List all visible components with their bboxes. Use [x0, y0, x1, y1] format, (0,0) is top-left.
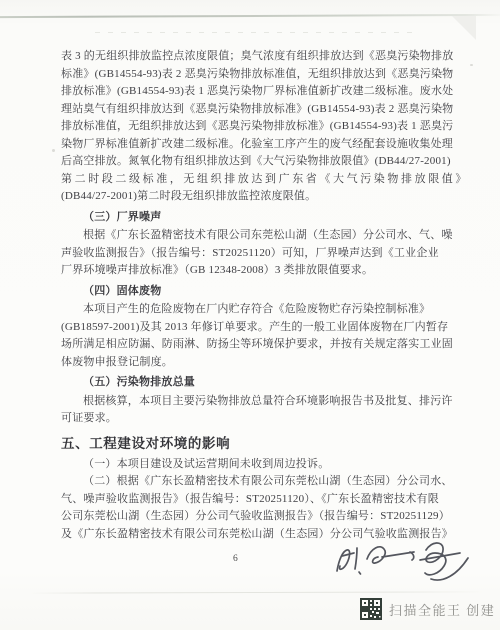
scan-speck: [470, 64, 473, 66]
paragraph: 根据核算，本项目主要污染物排放总量符合环境影响报告书及批复、排污许可证要求。: [61, 393, 453, 428]
handwritten-signature: [330, 536, 472, 590]
text-line: 体废物申报登记制度。: [61, 354, 453, 372]
text-line: 根据核算，本项目主要污染物排放总量符合环境影响报告书及批复、排污许: [61, 393, 453, 411]
scan-speck: [52, 149, 55, 152]
text-line: 声验收监测报告》（报告编号：ST20251120）可知，厂界噪声达到《工业企业: [61, 245, 453, 263]
scan-dotted-artifact: [95, 32, 415, 33]
text-line: 排放标准》(GB14554-93)表 1 恶臭污染物厂界标准值新扩改建二级标准。…: [61, 83, 453, 101]
text-line: 根据《广东长盈精密技术有限公司东莞松山湖（生态园）分公司水、气、噪: [61, 227, 453, 245]
sub-section-heading: （五）污染物排放总量: [61, 374, 453, 392]
paragraph: 本项目产生的危险废物在厂内贮存符合《危险废物贮存污染控制标准》(GB18597-…: [61, 301, 453, 371]
page-number: 6: [233, 554, 238, 564]
page-corner-fold: [452, 16, 476, 40]
text-line: （二）根据《广东长盈精密技术有限公司东莞松山湖（生态园）分公司水、: [61, 473, 453, 491]
paragraph: （二）根据《广东长盈精密技术有限公司东莞松山湖（生态园）分公司水、气、噪声验收监…: [61, 473, 453, 543]
text-line: 排放标准值，无组织排放达到《恶臭污染物排放标准》(GB14554-93)表 1 …: [61, 118, 453, 136]
scan-top-edge-line: [0, 14, 500, 18]
sub-section-heading: （三）厂界噪声: [61, 209, 453, 227]
paragraph: 表 3 的无组织排放监控点浓度限值；臭气浓度有组织排放达到《恶臭污染物排放标准》…: [61, 48, 453, 206]
document-text: 表 3 的无组织排放监控点浓度限值；臭气浓度有组织排放达到《恶臭污染物排放标准》…: [61, 48, 453, 543]
text-line: (GB18597-2001)及其 2013 年修订单要求。产生的一般工业固体废物…: [61, 319, 453, 337]
text-line: 公司东莞松山湖（生态园）分公司气验收监测报告》（报告编号：ST20251129）: [61, 508, 453, 526]
scanner-watermark: 扫描全能王 创建: [360, 598, 495, 620]
scan-bottom-edge-line: [28, 591, 488, 593]
text-line: 厂界环境噪声排放标准》（GB 12348-2008）3 类排放限值要求。: [61, 262, 453, 280]
text-line: 本项目产生的危险废物在厂内贮存符合《危险废物贮存污染控制标准》: [61, 301, 453, 319]
text-line: 可证要求。: [61, 410, 453, 428]
chapter-heading: 五、工程建设对环境的影响: [61, 434, 453, 454]
text-line: 理站臭气有组织排放达到《恶臭污染物排放标准》(GB14554-93)表 2 恶臭…: [61, 101, 453, 119]
qr-code-icon: [360, 598, 382, 620]
text-line: 第二时段二级标准，无组织排放达到广东省《大气污染物排放限值》: [61, 171, 453, 189]
text-line: （一）本项目建设及试运营期间未收到周边投诉。: [61, 456, 453, 474]
scanned-page: 表 3 的无组织排放监控点浓度限值；臭气浓度有组织排放达到《恶臭污染物排放标准》…: [0, 0, 500, 630]
paragraph: 根据《广东长盈精密技术有限公司东莞松山湖（生态园）分公司水、气、噪声验收监测报告…: [61, 227, 453, 280]
text-line: 场所满足相应防漏、防雨淋、防扬尘等环境保护要求，并按有关规定落实工业固: [61, 336, 453, 354]
text-line: 后高空排放。氮氧化物有组织排放达到《大气污染物排放限值》(DB44/27-200…: [61, 153, 453, 171]
text-line: 表 3 的无组织排放监控点浓度限值；臭气浓度有组织排放达到《恶臭污染物排放: [61, 48, 453, 66]
watermark-text: 扫描全能王 创建: [389, 600, 495, 619]
sub-section-heading: （四）固体废物: [61, 283, 453, 301]
text-line: 染物厂界标准值新扩改建二级标准。化验室工序产生的废气经配套设施收集处理: [61, 136, 453, 154]
text-line: (DB44/27-2001)第二时段无组织排放监控浓度限值。: [61, 188, 453, 206]
paragraph: （一）本项目建设及试运营期间未收到周边投诉。: [61, 456, 453, 474]
text-line: 标准》(GB14554-93)表 2 恶臭污染物排放标准值，无组织排放达到《恶臭…: [61, 66, 453, 84]
text-line: 气、噪声验收监测报告》（报告编号：ST20251120）、《广东长盈精密技术有限: [61, 491, 453, 509]
